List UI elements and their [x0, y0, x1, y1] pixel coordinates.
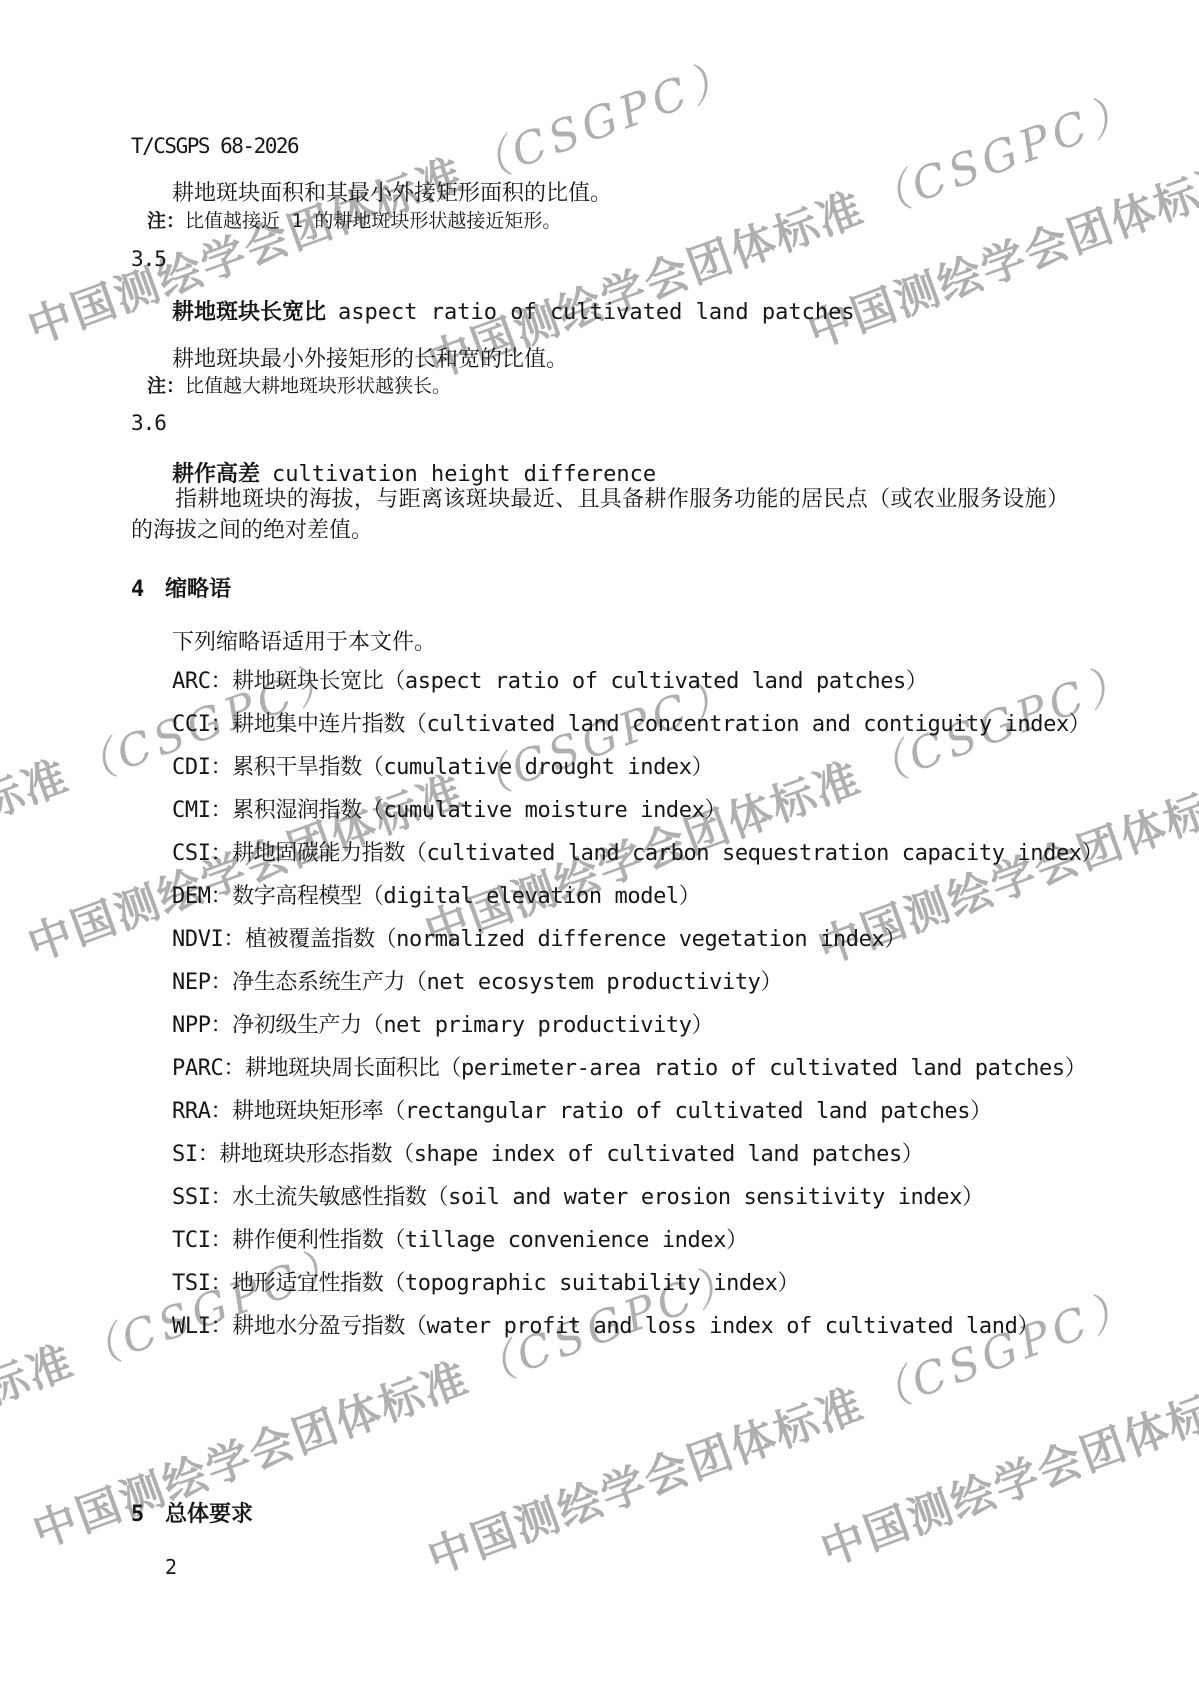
abbreviation-item: CDI：累积干旱指数（cumulative drought index） [172, 756, 1103, 779]
note-label: 注： [147, 210, 185, 232]
abbreviation-item: NEP：净生态系统生产力（net ecosystem productivity） [172, 971, 1103, 994]
abbreviation-item: NDVI：植被覆盖指数（normalized difference vegeta… [172, 928, 1103, 951]
clause-title: 总体要求 [165, 1502, 253, 1527]
term-title-zh: 耕地斑块长宽比 [172, 300, 326, 325]
abbreviation-item: CSI：耕地固碳能力指数（cultivated land carbon sequ… [172, 842, 1103, 865]
term-note-3-5: 注：比值越大耕地斑块形状越狭长。 [147, 374, 451, 398]
document-number-header: T/CSGPS 68-2026 [131, 134, 298, 158]
clause-4-heading: 4缩略语 [131, 572, 231, 603]
note-label: 注： [147, 375, 185, 397]
clause-number: 5 [131, 1502, 165, 1527]
term-definition-3-5: 耕地斑块最小外接矩形的长和宽的比值。 [172, 344, 568, 375]
abbreviation-item: NPP：净初级生产力（net primary productivity） [172, 1014, 1103, 1037]
page-number: 2 [165, 1555, 177, 1579]
abbreviation-item: CCI：耕地集中连片指数（cultivated land concentrati… [172, 713, 1103, 736]
standard-document-page: 中国测绘学会团体标准（CSGPC）中国测绘学会团体标准（CSGPC）中国测绘学会… [0, 0, 1199, 1696]
abbreviation-item: RRA：耕地斑块矩形率（rectangular ratio of cultiva… [172, 1100, 1103, 1123]
note-text: 比值越接近 1 的耕地斑块形状越接近矩形。 [185, 210, 561, 232]
lead-definition-paragraph: 耕地斑块面积和其最小外接矩形面积的比值。 [172, 178, 612, 209]
clause-5-heading: 5总体要求 [131, 1497, 253, 1528]
clause-4-intro: 下列缩略语适用于本文件。 [172, 627, 436, 658]
abbreviation-item: DEM：数字高程模型（digital elevation model） [172, 885, 1103, 908]
abbreviation-item: ARC：耕地斑块长宽比（aspect ratio of cultivated l… [172, 670, 1103, 693]
abbreviation-list: ARC：耕地斑块长宽比（aspect ratio of cultivated l… [172, 670, 1103, 1358]
document-body: T/CSGPS 68-2026 耕地斑块面积和其最小外接矩形面积的比值。 注：比… [0, 0, 1199, 1696]
abbreviation-item: TSI：地形适宜性指数（topographic suitability inde… [172, 1272, 1103, 1295]
abbreviation-item: WLI：耕地水分盈亏指数（water profit and loss index… [172, 1315, 1103, 1338]
term-number-3-6: 3.6 [131, 411, 166, 435]
term-definition-3-6: 指耕地斑块的海拔，与距离该斑块最近、且具备耕作服务功能的居民点（或农业服务设施）… [131, 484, 1069, 546]
term-title-en: aspect ratio of cultivated land patches [338, 300, 855, 325]
lead-note: 注：比值越接近 1 的耕地斑块形状越接近矩形。 [147, 209, 561, 233]
abbreviation-item: SSI：水土流失敏感性指数（soil and water erosion sen… [172, 1186, 1103, 1209]
abbreviation-item: TCI：耕作便利性指数（tillage convenience index） [172, 1229, 1103, 1252]
note-text: 比值越大耕地斑块形状越狭长。 [185, 375, 451, 397]
clause-number: 4 [131, 577, 165, 602]
abbreviation-item: CMI：累积湿润指数（cumulative moisture index） [172, 799, 1103, 822]
abbreviation-item: PARC：耕地斑块周长面积比（perimeter-area ratio of c… [172, 1057, 1103, 1080]
term-title-3-5: 耕地斑块长宽比aspect ratio of cultivated land p… [172, 295, 855, 326]
term-number-3-5: 3.5 [131, 247, 166, 271]
abbreviation-item: SI：耕地斑块形态指数（shape index of cultivated la… [172, 1143, 1103, 1166]
clause-title: 缩略语 [165, 577, 231, 602]
